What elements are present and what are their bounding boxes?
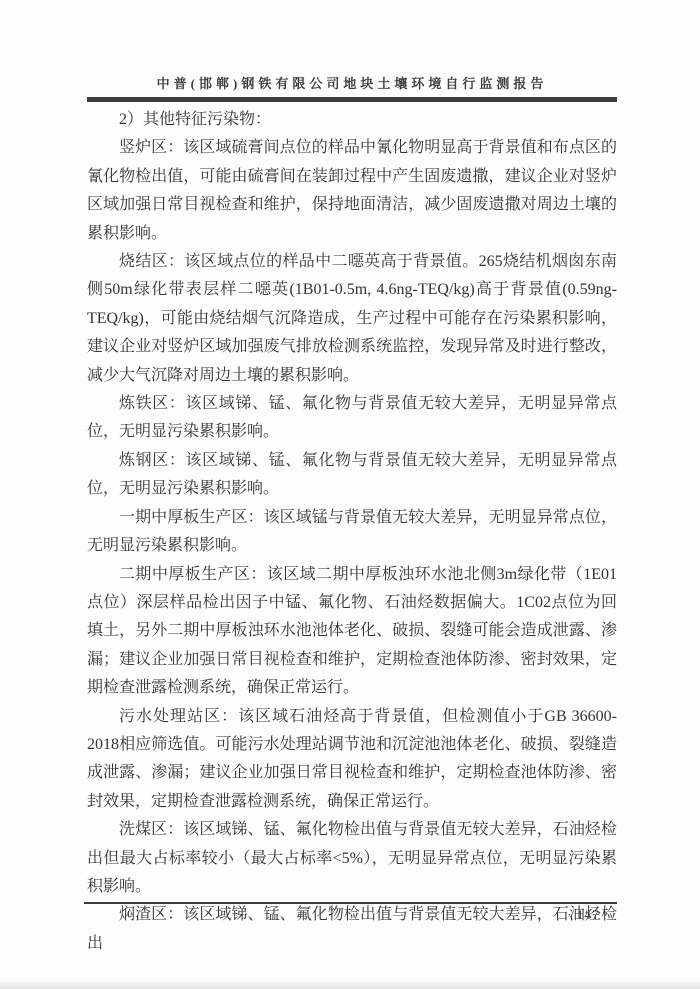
section-heading: 2）其他特征污染物： xyxy=(87,106,617,134)
scan-bottom-edge xyxy=(0,982,700,989)
para-phase1-plate-area: 一期中厚板生产区：该区域锰与背景值无较大差异，无明显异常点位，无明显污染累积影响… xyxy=(87,504,617,561)
report-header-title: 中普(邯郸)钢铁有限公司地块土壤环境自行监测报告 xyxy=(87,74,617,94)
document-page: 中普(邯郸)钢铁有限公司地块土壤环境自行监测报告 2）其他特征污染物： 竖炉区：… xyxy=(0,0,700,989)
para-ironmaking-area: 炼铁区：该区域锑、锰、氟化物与背景值无较大差异，无明显异常点位，无明显污染累积影… xyxy=(87,390,617,447)
para-steelmaking-area: 炼钢区：该区域锑、锰、氟化物与背景值无较大差异，无明显异常点位，无明显污染累积影… xyxy=(87,447,617,504)
page-number: · 147 · xyxy=(87,907,609,923)
para-sintering-area: 烧结区：该区域点位的样品中二噁英高于背景值。265烧结机烟囱东南侧50m绿化带表… xyxy=(87,248,617,390)
para-phase2-plate-area: 二期中厚板生产区：该区域二期中厚板浊环水池北侧3m绿化带（1E01点位）深层样品… xyxy=(87,561,617,703)
header-double-rule xyxy=(87,97,617,102)
page-body: 2）其他特征污染物： 竖炉区：该区域硫膏间点位的样品中氰化物明显高于背景值和布点… xyxy=(87,106,617,958)
para-shaft-furnace-area: 竖炉区：该区域硫膏间点位的样品中氰化物明显高于背景值和布点区的氰化物检出值，可能… xyxy=(87,134,617,248)
para-coal-washing-area: 洗煤区：该区域锑、锰、氟化物检出值与背景值无较大差异，石油烃检出但最大占标率较小… xyxy=(87,816,617,901)
para-wastewater-station-area: 污水处理站区：该区域石油烃高于背景值，但检测值小于GB 36600-2018相应… xyxy=(87,703,617,817)
footer-rule xyxy=(84,902,617,904)
